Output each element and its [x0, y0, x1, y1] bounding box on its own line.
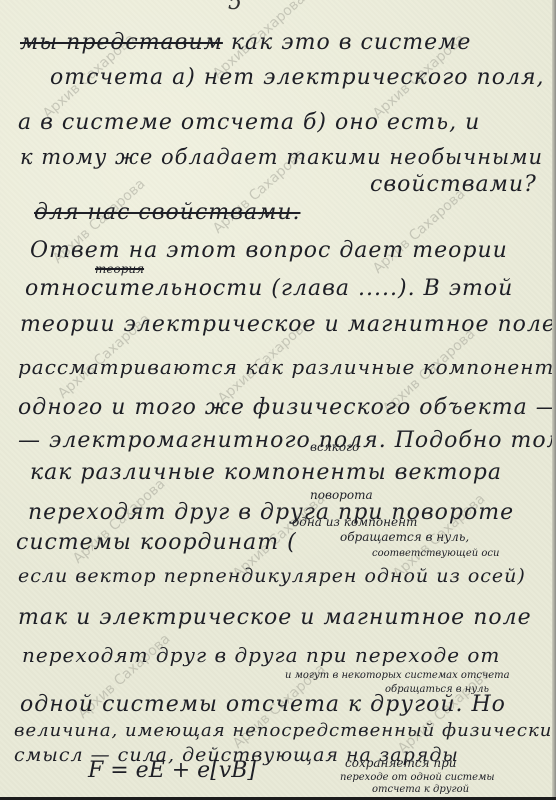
insert-note: обращается в нуль,	[340, 530, 469, 544]
text-line: одной системы отсчета к другой. Но	[20, 692, 506, 717]
text-line: мы представим как это в системе	[20, 30, 471, 55]
text-line: рассматриваются как различные компоненты	[18, 355, 556, 379]
page-edge	[552, 0, 556, 800]
insert-note: соответствующей оси	[372, 548, 499, 559]
text-line: относительности (глава .....). В этой	[25, 276, 513, 301]
struck-word: теория	[95, 262, 144, 276]
watermark: Архив Сахарова	[370, 186, 468, 277]
insert-note: сохраняется при	[345, 756, 457, 770]
text-line: а в системе отсчета б) оно есть, и	[18, 110, 480, 135]
insert-note: одна из компонент	[292, 515, 417, 529]
line-text: как это в системе	[231, 30, 472, 55]
text-line: — электромагнитного поля. Подобно тому,	[18, 428, 556, 453]
text-line: Ответ на этот вопрос дает теории	[30, 238, 508, 263]
text-line: одного и того же физического объекта —	[18, 395, 556, 420]
text-line: так и электрическое и магнитное поле	[18, 605, 532, 630]
manuscript-page: 5 Архив Сахарова Архив Сахарова Архив Са…	[0, 0, 556, 800]
insert-note: и могут в некоторых системах отсчета	[285, 670, 510, 681]
text-line: к тому же обладает такими необычными	[20, 145, 543, 169]
lorentz-force-formula: F = eE + e[vB]	[88, 758, 256, 783]
text-line: величина, имеющая непосредственный физич…	[14, 720, 556, 741]
insert-note: переходе от одной системы	[340, 772, 495, 783]
text-line: как различные компоненты вектора	[30, 460, 502, 485]
text-line: переходят друг в друга при повороте	[28, 500, 514, 525]
text-line: системы координат (	[16, 530, 297, 555]
text-line: если вектор перпендикулярен одной из осе…	[18, 565, 526, 587]
struck-line: для нас свойствами.	[34, 200, 300, 225]
text-line-insert: свойствами?	[370, 172, 537, 197]
struck-text: мы представим	[20, 30, 223, 55]
text-line: теории электрическое и магнитное поле	[20, 312, 556, 337]
insert-note: отсчета к другой	[372, 784, 469, 795]
text-line: переходят друг в друга при переходе от	[22, 643, 500, 667]
text-line: отсчета а) нет электрического поля,	[50, 65, 545, 90]
page-number: 5	[228, 0, 242, 15]
insert-word: всякого	[310, 440, 359, 454]
